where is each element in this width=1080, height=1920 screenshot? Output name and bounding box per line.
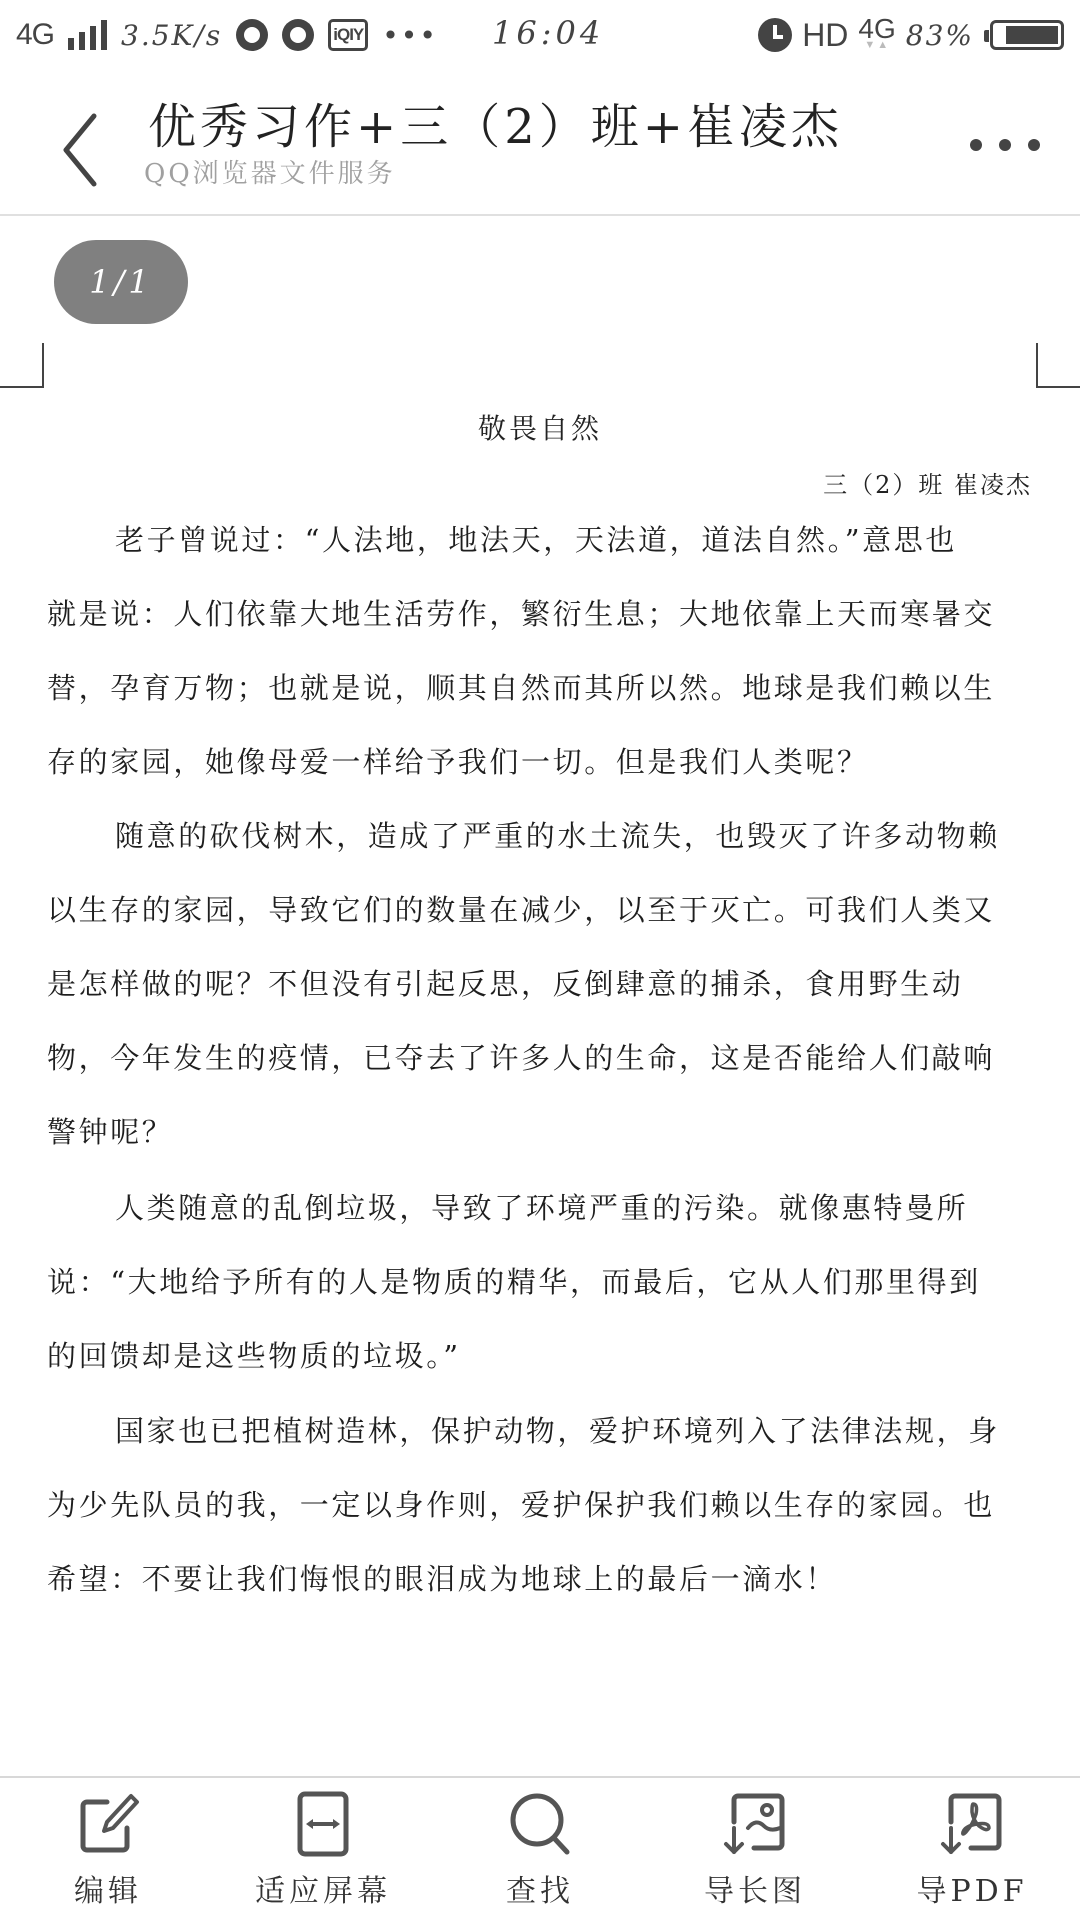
essay-line: 希望：不要让我们悔恨的眼泪成为地球上的最后一滴水！ (47, 1559, 1015, 1599)
page-corner-mark-left (0, 343, 44, 388)
data-activity-icon: ▼▲ (864, 39, 890, 51)
battery-percent: 83% (906, 19, 974, 52)
fit-screen-icon (288, 1790, 358, 1860)
essay-line: 人类随意的乱倒垃圾，导致了环境严重的污染。就像惠特曼所 (47, 1188, 1015, 1228)
search-icon (505, 1790, 575, 1860)
export-pdf-label: 导PDF (916, 1866, 1027, 1910)
qq-browser-icon (282, 19, 314, 51)
page-corner-mark-right (1036, 343, 1080, 388)
essay-line: 替，孕育万物；也就是说，顺其自然而其所以然。地球是我们赖以生 (47, 668, 1015, 708)
fit-screen-button[interactable]: 适应屏幕 (233, 1790, 413, 1916)
essay-line: 说：“大地给予所有的人是物质的精华，而最后，它从人们那里得到 (47, 1262, 1015, 1302)
status-bar: 4G 3.5K/s iQIY ••• 16:04 HD 4G ▼▲ 83% (0, 0, 1080, 70)
export-long-image-button[interactable]: 导长图 (665, 1790, 845, 1916)
search-label: 查找 (506, 1866, 574, 1910)
status-bar-left: 4G 3.5K/s iQIY ••• (16, 14, 438, 56)
export-pdf-icon (937, 1790, 1007, 1860)
edit-icon (73, 1790, 143, 1860)
essay-title: 敬畏自然 (0, 407, 1080, 447)
file-source-subtitle: QQ浏览器文件服务 (144, 153, 396, 190)
battery-icon (990, 20, 1064, 50)
status-bar-right: HD 4G ▼▲ 83% (758, 12, 1064, 58)
essay-line: 就是说：人们依靠大地生活劳作，繁衍生息；大地依靠上天而寒暑交 (47, 594, 1015, 634)
export-long-image-icon (720, 1790, 790, 1860)
essay-line: 随意的砍伐树木，造成了严重的水土流失，也毁灭了许多动物赖 (47, 816, 1015, 856)
fit-screen-label: 适应屏幕 (255, 1866, 391, 1910)
page-indicator: 1/1 (54, 240, 188, 324)
alarm-icon (758, 18, 792, 52)
clock: 16:04 (492, 14, 604, 52)
back-button[interactable] (60, 108, 120, 188)
edit-button[interactable]: 编辑 (18, 1790, 198, 1916)
chevron-left-icon (60, 108, 120, 188)
export-long-image-label: 导长图 (704, 1866, 806, 1910)
edit-label: 编辑 (74, 1866, 142, 1910)
network-speed: 3.5K/s (121, 19, 222, 52)
bottom-toolbar: 编辑 适应屏幕 查找 导长图 (0, 1776, 1080, 1920)
file-title: 优秀习作+三（2）班+崔凌杰 (148, 88, 843, 157)
essay-line: 国家也已把植树造林，保护动物，爱护环境列入了法律法规，身 (47, 1411, 1015, 1451)
qq-browser-icon (236, 19, 268, 51)
essay-line: 为少先队员的我，一定以身作则，爱护保护我们赖以生存的家园。也 (47, 1485, 1015, 1525)
essay-line: 存的家园，她像母爱一样给予我们一切。但是我们人类呢？ (47, 742, 1015, 782)
essay-line: 老子曾说过：“人法地，地法天，天法道，道法自然。”意思也 (47, 520, 1015, 560)
network-type-right: 4G ▼▲ (858, 13, 895, 45)
more-horizontal-icon (970, 139, 982, 151)
more-options-button[interactable] (970, 130, 1040, 160)
iqiyi-icon: iQIY (328, 19, 368, 51)
more-notifications-icon: ••• (382, 19, 438, 52)
search-button[interactable]: 查找 (450, 1790, 630, 1916)
app-header: 优秀习作+三（2）班+崔凌杰 QQ浏览器文件服务 (0, 70, 1080, 216)
essay-author: 三（2）班 崔凌杰 (823, 465, 1032, 500)
essay-line: 是怎样做的呢？不但没有引起反思，反倒肆意的捕杀，食用野生动 (47, 964, 1015, 1004)
hd-voice-indicator: HD (802, 17, 848, 54)
essay-line: 以生存的家园，导致它们的数量在减少，以至于灭亡。可我们人类又 (47, 890, 1015, 930)
essay-line: 警钟呢？ (47, 1112, 1015, 1152)
essay-line: 物，今年发生的疫情，已夺去了许多人的生命，这是否能给人们敲响 (47, 1038, 1015, 1078)
essay-line: 的回馈却是这些物质的垃圾。” (47, 1336, 1015, 1376)
export-pdf-button[interactable]: 导PDF (882, 1790, 1062, 1916)
signal-strength-icon (68, 20, 107, 50)
network-type: 4G (16, 18, 54, 52)
